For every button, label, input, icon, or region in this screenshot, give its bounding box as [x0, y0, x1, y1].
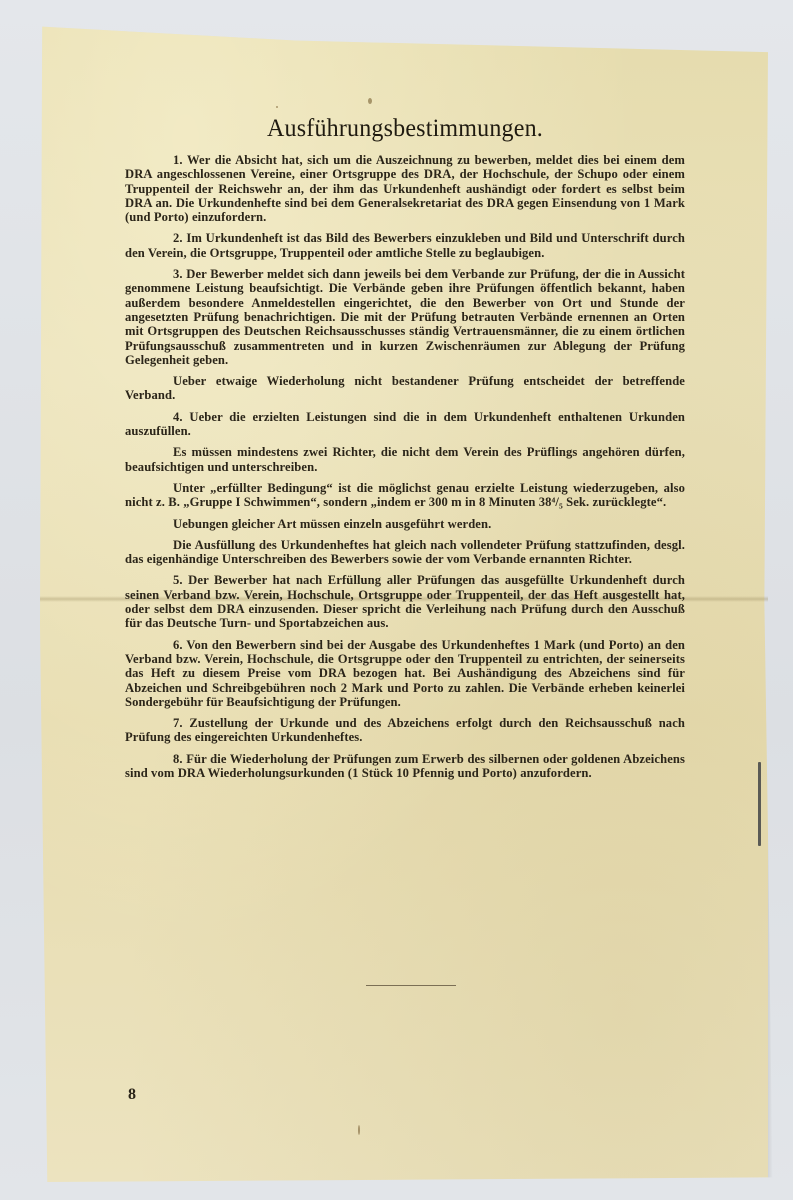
page-number: 8: [128, 1086, 136, 1104]
paragraph-2: 2. Im Urkundenheft ist das Bild des Bewe…: [125, 231, 685, 260]
paper-stain: [368, 98, 372, 104]
paragraph-5: 5. Der Bewerber hat nach Erfüllung aller…: [125, 573, 685, 630]
paper-stain: [276, 106, 278, 108]
paragraph-3-note: Ueber etwaige Wiederholung nicht bestand…: [125, 374, 685, 403]
paragraph-4-completion: Die Ausfüllung des Urkundenheftes hat gl…: [125, 538, 685, 567]
paper-stain: [358, 1125, 360, 1135]
staple: [758, 762, 761, 846]
paragraph-4: 4. Ueber die erzielten Leistungen sind d…: [125, 410, 685, 439]
document-title: Ausführungsbestimmungen.: [136, 115, 674, 143]
paragraph-1: 1. Wer die Absicht hat, sich um die Ausz…: [125, 153, 685, 224]
paragraph-8: 8. Für die Wiederholung der Prüfungen zu…: [125, 752, 685, 781]
section-divider: [366, 985, 456, 986]
paragraph-4-exercises: Uebungen gleicher Art müssen einzeln aus…: [125, 517, 685, 531]
paragraph-6: 6. Von den Bewerbern sind bei der Ausgab…: [125, 638, 685, 709]
paragraph-3: 3. Der Bewerber meldet sich dann jeweils…: [125, 267, 685, 367]
paragraph-4-condition: Unter „erfüllter Bedingung“ ist die mögl…: [125, 481, 685, 510]
paragraph-7: 7. Zustellung der Urkunde und des Abzeic…: [125, 716, 685, 745]
paragraph-4-judges: Es müssen mindestens zwei Richter, die n…: [125, 445, 685, 474]
document-body: Ausführungsbestimmungen. 1. Wer die Absi…: [125, 115, 685, 787]
